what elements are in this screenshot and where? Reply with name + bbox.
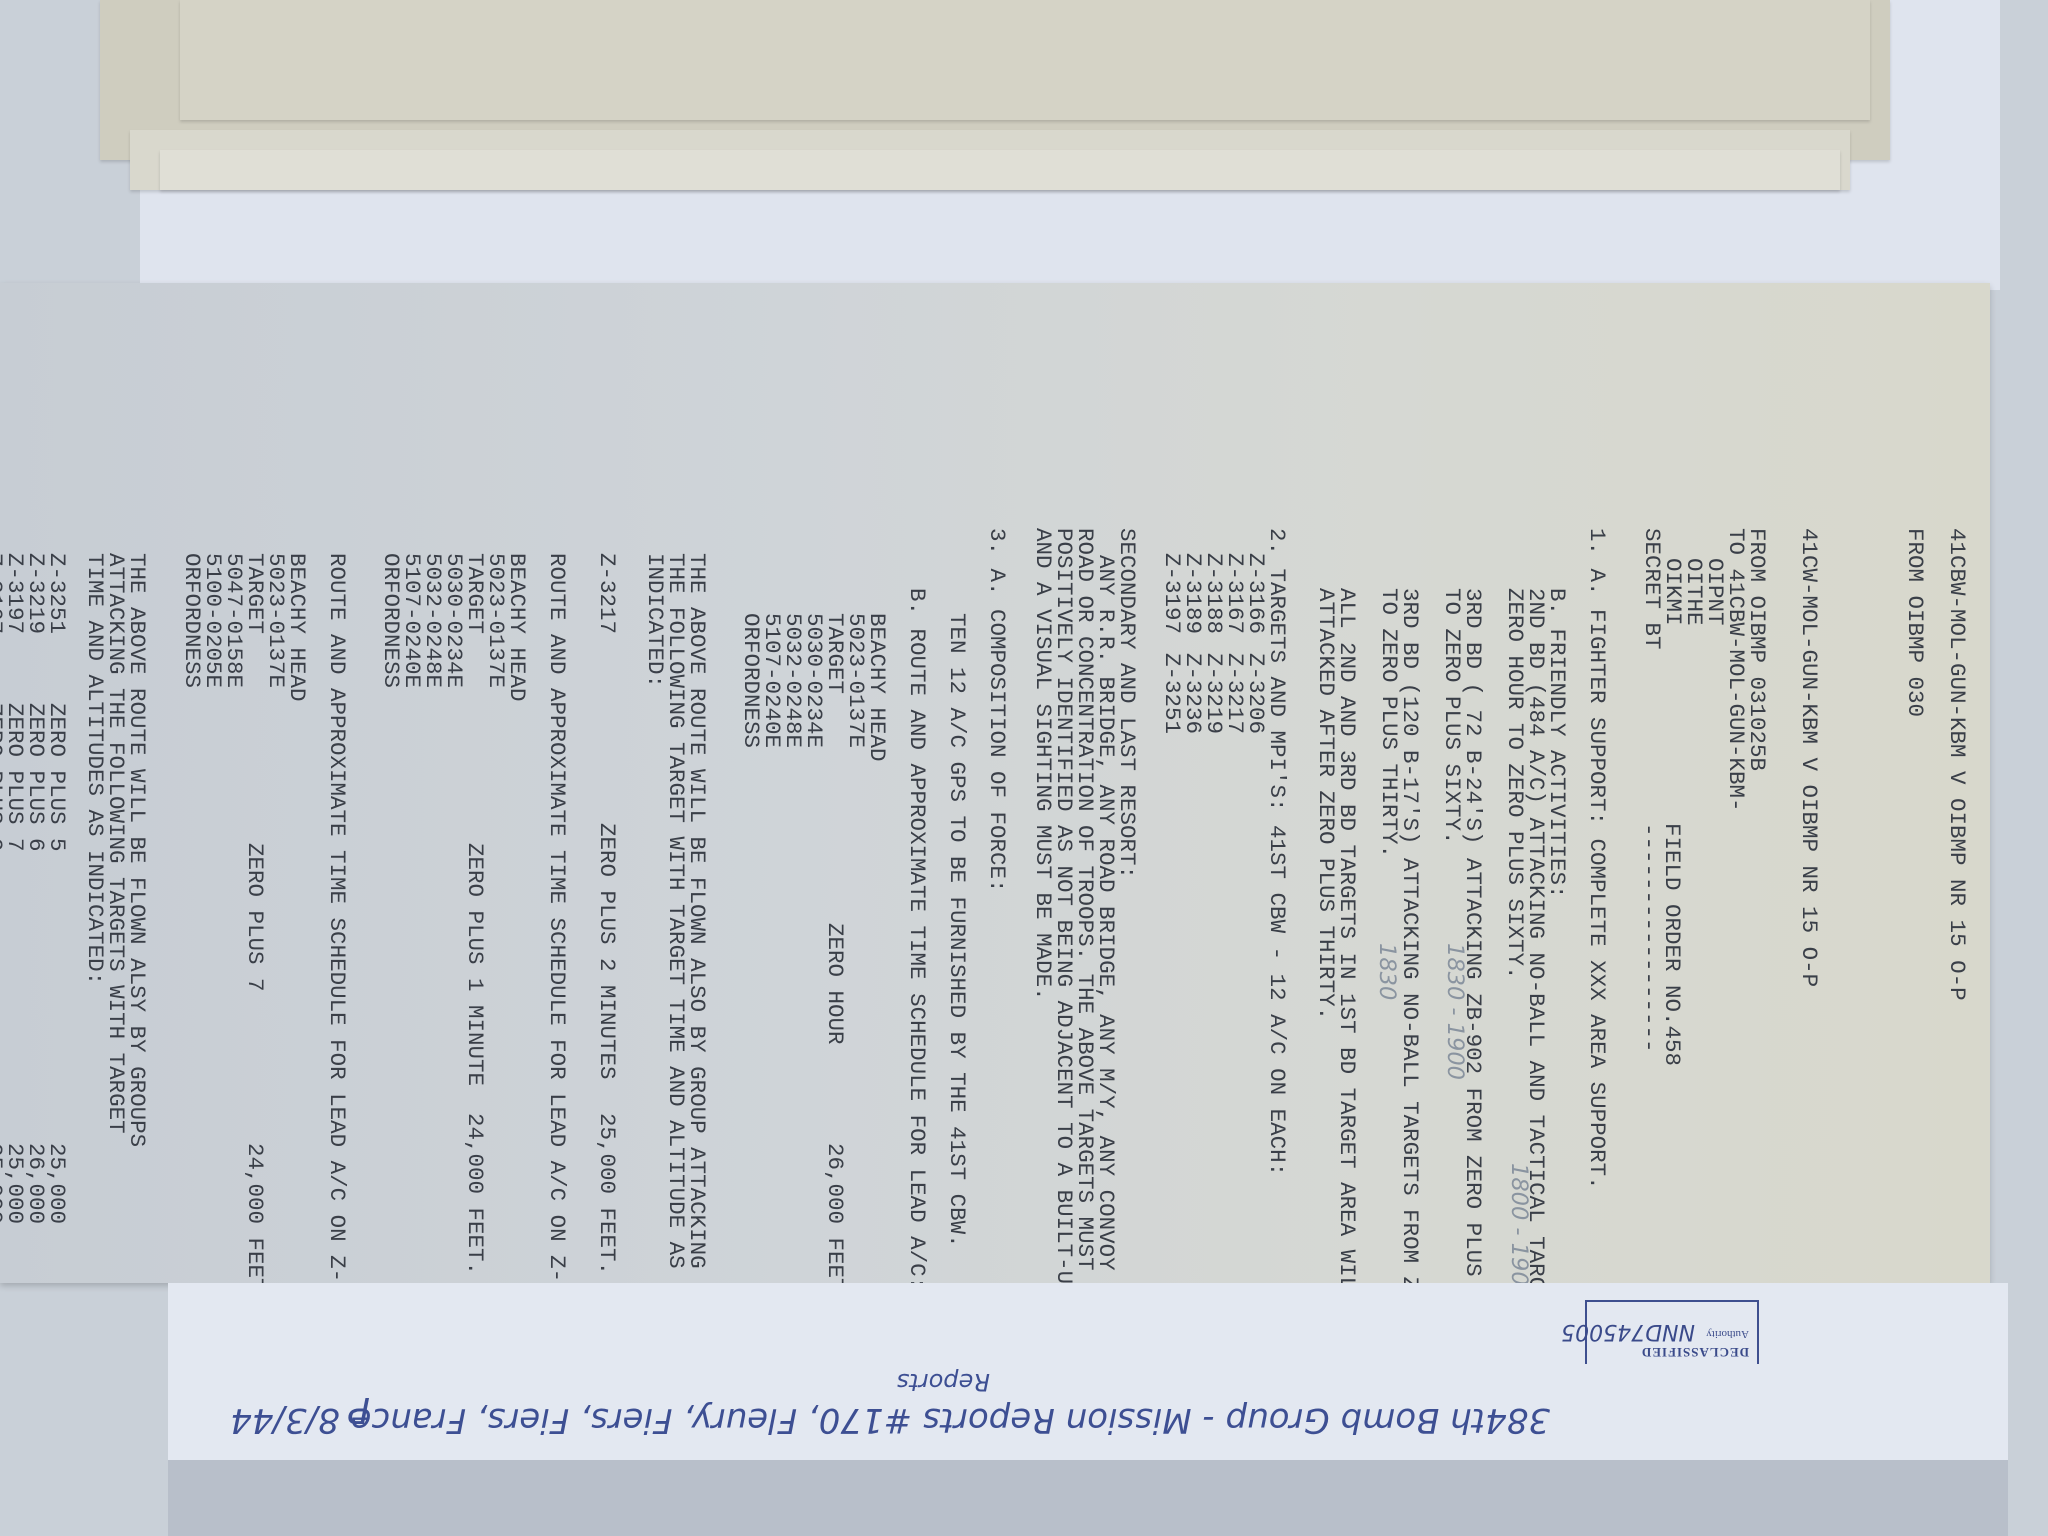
text-line: TIME AND ALTITUDES AS INDICATED:	[81, 553, 108, 985]
route-alt: 26,000 FEET	[821, 1143, 848, 1283]
routing-line: 41CBW-MOL-GUN-KBM V OIBMP NR 15 O-P	[1943, 528, 1970, 1001]
folder-edge	[168, 1460, 2008, 1536]
target-time: ZERO PLUS 2 MINUTES	[593, 823, 620, 1080]
target-id: Z-3197	[1158, 553, 1185, 634]
routing-line: 41CW-MOL-GUN-KBM V OIBMP NR 15 O-P	[1795, 528, 1822, 987]
corner-mark: P	[348, 1389, 370, 1430]
section-3b-heading: B. ROUTE AND APPROXIMATE TIME SCHEDULE F…	[903, 588, 930, 1283]
route-heading: ROUTE AND APPROXIMATE TIME SCHEDULE FOR …	[323, 553, 350, 1283]
classification: SECRET BT	[1638, 528, 1665, 650]
route-point: ORFORDNESS	[377, 553, 404, 688]
document-title: FIELD ORDER NO.458	[1658, 823, 1685, 1066]
route-point: ORFORDNESS	[178, 553, 205, 688]
text-line: INDICATED:	[641, 553, 668, 688]
folder-note-text: 384th Bomb Group - Mission Reports #170,…	[230, 1400, 1550, 1440]
route-alt: 24,000 FEET.	[241, 1143, 268, 1283]
stacked-sheet	[160, 150, 1840, 190]
route-alt: 24,000 FEET.	[461, 1113, 488, 1275]
route-time: ZERO HOUR	[821, 923, 848, 1045]
route-time: ZERO PLUS 7	[241, 843, 268, 992]
paper-stack	[100, 0, 1900, 210]
route-time: ZERO PLUS 9	[0, 703, 7, 852]
handwritten-time: 1830	[1373, 943, 1400, 1000]
text-line: ZERO HOUR TO ZERO PLUS SIXTY.	[1501, 588, 1528, 980]
stamp-authority-label: Authority	[1706, 1328, 1749, 1340]
target-id: Z-3217	[593, 553, 620, 634]
handwritten-time: 1800 - 1900	[1505, 1163, 1532, 1283]
declassified-stamp: DECLASSIFIED Authority NND745005	[1585, 1300, 1759, 1364]
route-alt: 25,000	[0, 1143, 7, 1224]
text-line: TEN 12 A/C GPS TO BE FURNISHED BY THE 41…	[943, 613, 970, 1248]
handwritten-time: 1830 - 1900	[1441, 943, 1468, 1080]
document-text-rotated: 41CBW-MOL-GUN-KBM V OIBMP NR 15 O-P FROM…	[0, 283, 1990, 1283]
route-heading: ROUTE AND APPROXIMATE TIME SCHEDULE FOR …	[543, 553, 570, 1283]
section-3a-heading: 3. A. COMPOSITION OF FORCE:	[983, 528, 1010, 893]
target-id: Z-3251	[1158, 653, 1185, 734]
route-point: ORFORDNESS	[737, 613, 764, 748]
route-time: ZERO PLUS 1 MINUTE	[461, 843, 488, 1086]
stamp-title: DECLASSIFIED	[1641, 1344, 1749, 1360]
handwritten-folder-note: 384th Bomb Group - Mission Reports #170,…	[300, 1350, 1550, 1440]
stamp-authority-value: NND745005	[1561, 1319, 1695, 1344]
text-line: ATTACKED AFTER ZERO PLUS THIRTY.	[1312, 588, 1339, 1020]
title-underline: -----------------	[1635, 823, 1662, 1053]
routing-line: FROM OIBMP 030	[1901, 528, 1928, 717]
target-altitude: 25,000 FEET.	[593, 1113, 620, 1275]
folder-note-overwrite: Reports	[897, 1368, 990, 1396]
text-line: AND A VISUAL SIGHTING MUST BE MADE.	[1029, 528, 1056, 1001]
route-target: Z-3167	[0, 553, 7, 634]
section-1a: 1. A. FIGHTER SUPPORT: COMPLETE XXX AREA…	[1583, 528, 1610, 1190]
stacked-sheet	[180, 0, 1870, 120]
text-line: TO ZERO PLUS SIXTY.	[1438, 588, 1465, 845]
field-order-document: 41CBW-MOL-GUN-KBM V OIBMP NR 15 O-P FROM…	[0, 283, 1990, 1283]
text-line: TO ZERO PLUS THIRTY.	[1375, 588, 1402, 858]
